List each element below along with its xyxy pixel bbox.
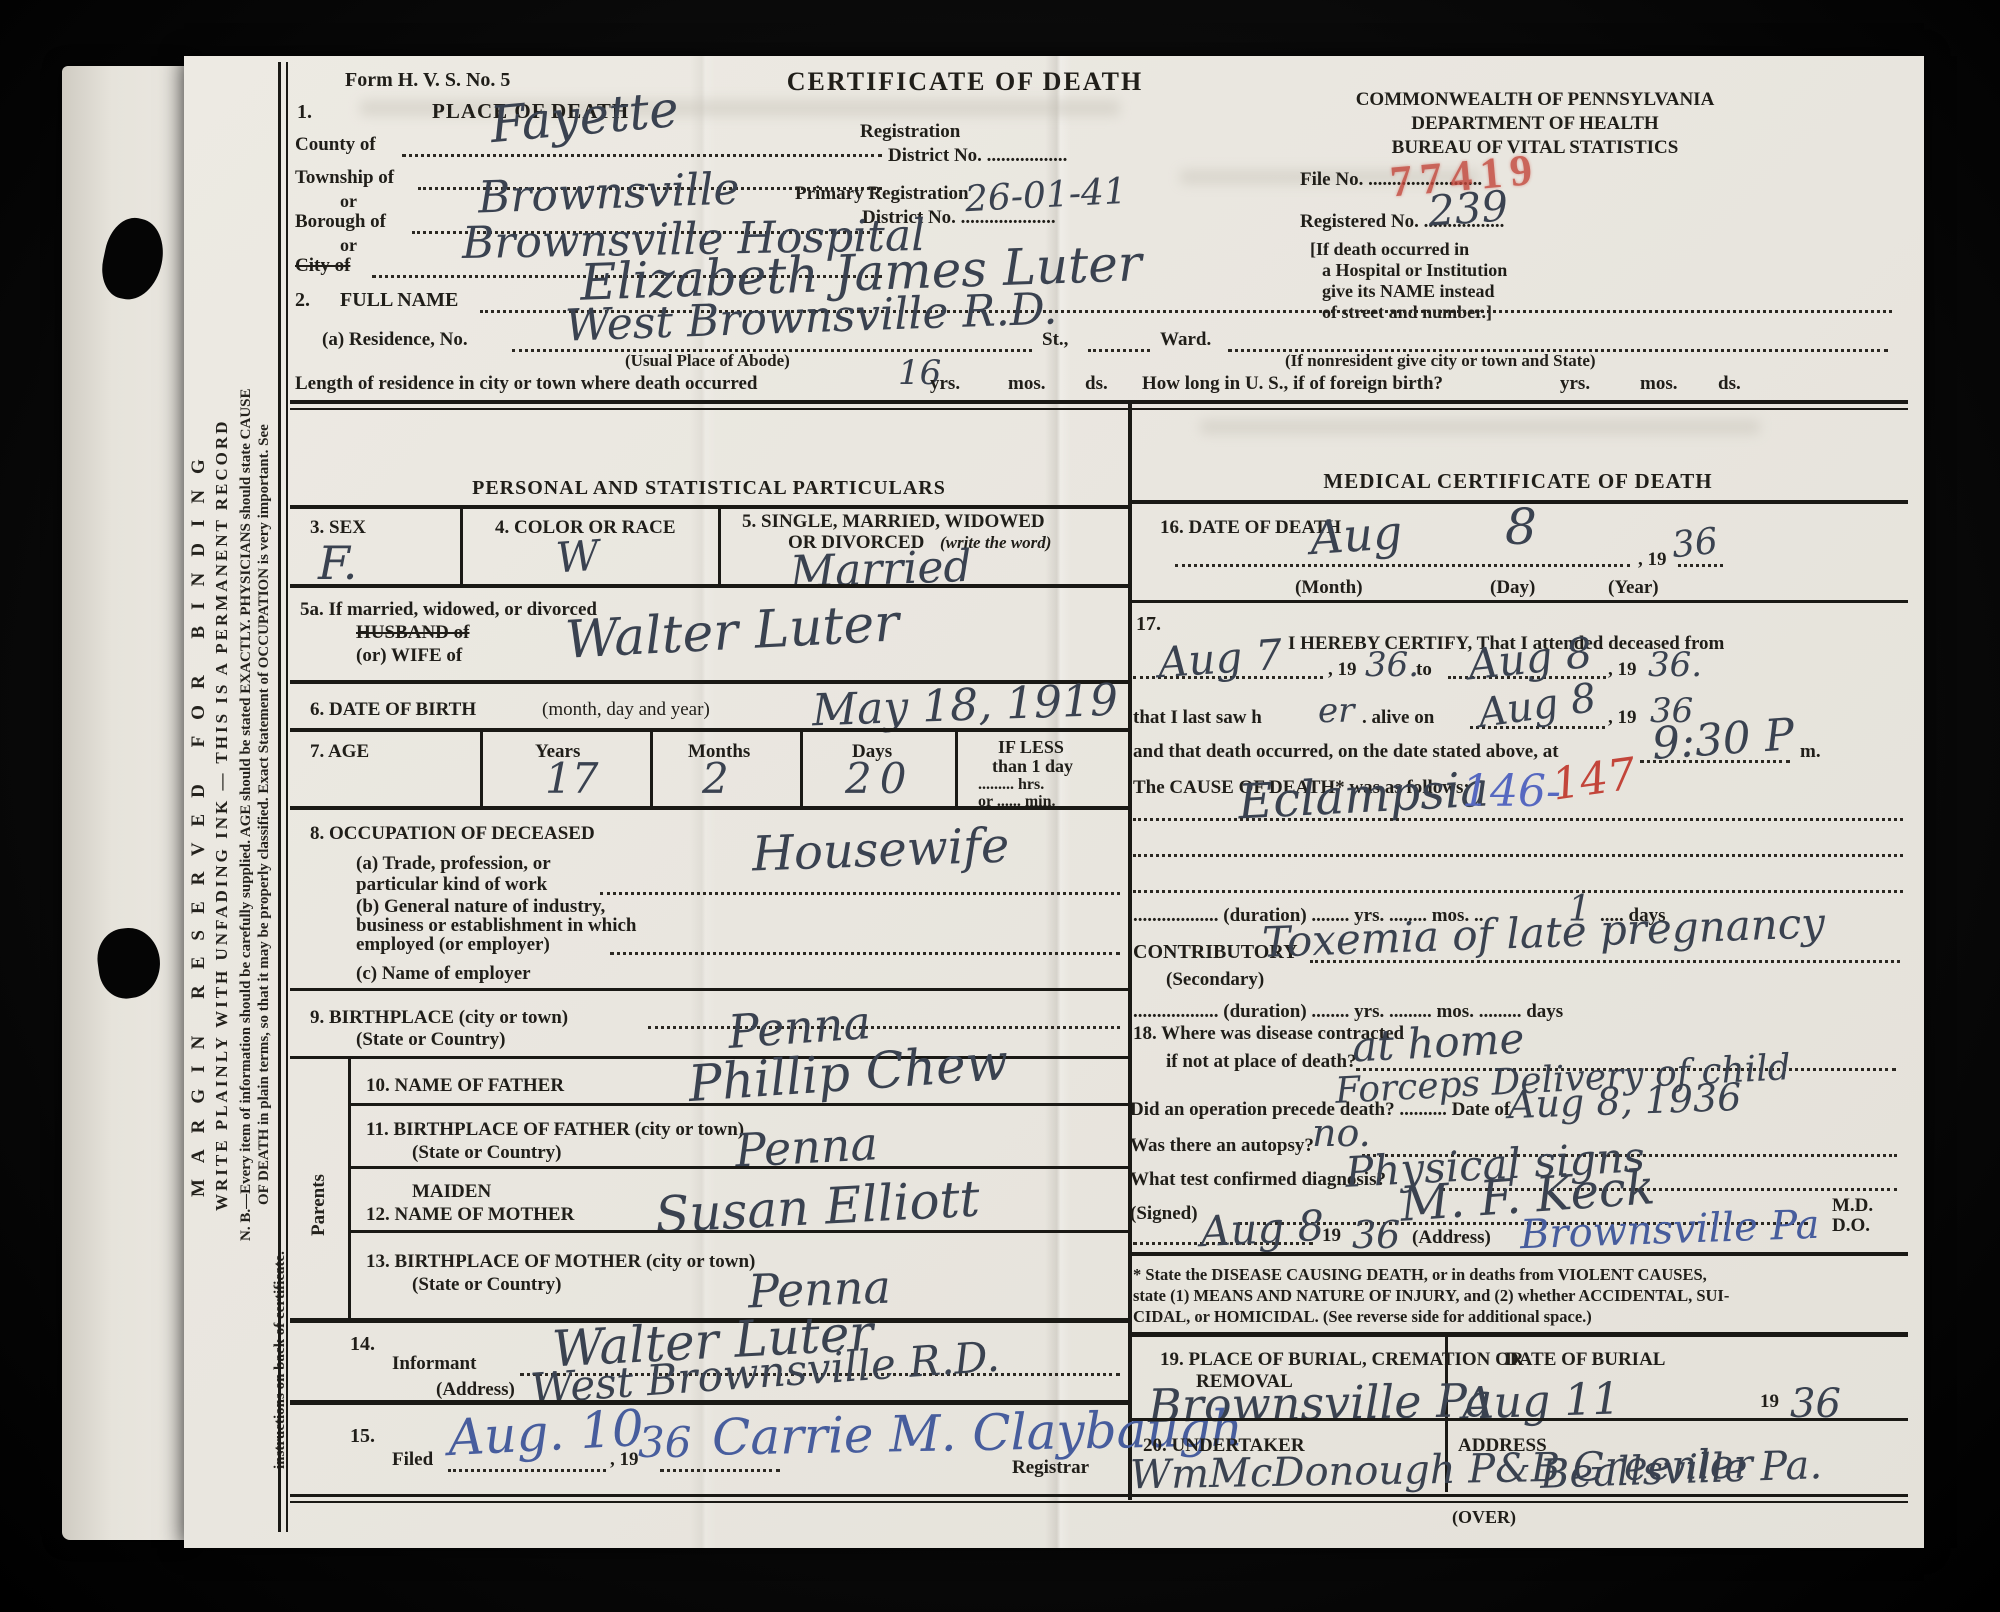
- footnote-line3: CIDAL, or HOMICIDAL. (See reverse side f…: [1133, 1308, 1592, 1325]
- wife-of-label: (or) WIFE of: [356, 646, 462, 666]
- father-name-label: 10. NAME OF FATHER: [366, 1076, 564, 1096]
- autopsy-label: Was there an autopsy?: [1130, 1136, 1314, 1156]
- bottom-rule: [290, 1494, 1908, 1497]
- dod-year-value: 36: [1670, 524, 1719, 565]
- to-label: to: [1416, 660, 1432, 680]
- agency-line1: COMMONWEALTH OF PENNSYLVANIA: [1180, 90, 1890, 110]
- occupation-b-line2: business or establishment in which: [356, 916, 637, 936]
- c19b-label: , 19: [1608, 660, 1637, 680]
- marital-label-line1: 5. SINGLE, MARRIED, WIDOWED: [742, 512, 1045, 532]
- hospital-note-line2: a Hospital or Institution: [1322, 261, 1507, 280]
- cause-leader2: [1133, 852, 1903, 857]
- borough-label: Borough of: [295, 212, 386, 232]
- registrar-label: Registrar: [1012, 1458, 1089, 1478]
- page-title: CERTIFICATE OF DEATH: [760, 68, 1170, 95]
- undertaker-address-label: ADDRESS: [1458, 1436, 1547, 1456]
- contracted-value: at home: [1351, 1018, 1525, 1069]
- md-label: M.D.: [1832, 1196, 1873, 1216]
- yrs-label: yrs.: [1560, 374, 1590, 394]
- form-number: Form H. V. S. No. 5: [345, 70, 510, 91]
- death-m-label: m.: [1800, 742, 1821, 762]
- registered-no-value: 239: [1427, 185, 1510, 232]
- ds-label: ds.: [1085, 374, 1108, 394]
- dod-19-label: , 19: [1638, 550, 1667, 570]
- occupation-label: 8. OCCUPATION OF DECEASED: [310, 824, 595, 844]
- occupation-b-line3: employed (or employer): [356, 935, 550, 955]
- hrs-label: ......... hrs.: [978, 777, 1044, 794]
- to-year-value: 36.: [1648, 648, 1702, 682]
- maiden-label: MAIDEN: [412, 1182, 491, 1202]
- dod-day-value: 8: [1505, 502, 1537, 552]
- from-year-value: 36.: [1365, 648, 1419, 682]
- c19c-label: , 19: [1608, 708, 1637, 728]
- dob-value: May 18, 1919: [811, 679, 1118, 734]
- form-left-border: [286, 62, 288, 1532]
- section17-number: 17.: [1136, 614, 1161, 635]
- date-of-death-leader: [1175, 562, 1630, 567]
- sex-value: F.: [318, 540, 357, 586]
- month-note: (Month): [1295, 578, 1363, 598]
- ward-label: Ward.: [1160, 330, 1211, 350]
- do-label: D.O.: [1832, 1216, 1870, 1236]
- parents-bracket-line: [348, 1056, 351, 1320]
- physician-address-value: Brownsville Pa: [1519, 1205, 1820, 1255]
- township-label: Township of: [295, 168, 394, 188]
- full-name-label: FULL NAME: [340, 290, 458, 311]
- if-less-label-line1: IF LESS: [998, 738, 1064, 757]
- section1-number: 1.: [297, 102, 312, 123]
- informant-address-label: (Address): [436, 1380, 515, 1400]
- rule: [1128, 1418, 1908, 1421]
- street-label: St.,: [1042, 330, 1068, 350]
- occupation-c-label: (c) Name of employer: [356, 964, 531, 984]
- cell-divider: [800, 728, 803, 808]
- father-birthplace-note: (State or Country): [412, 1143, 562, 1163]
- length-of-residence-label: Length of residence in city or town wher…: [295, 374, 757, 394]
- age-days-value: 20: [845, 758, 914, 800]
- street-leader: [1088, 347, 1150, 352]
- husband-label-line1: 5a. If married, widowed, or divorced: [300, 600, 597, 620]
- death-time-value: 9:30 P: [1651, 713, 1796, 767]
- c19a-label: , 19: [1328, 660, 1357, 680]
- agency-line2: DEPARTMENT OF HEALTH: [1180, 114, 1890, 134]
- cell-divider: [718, 505, 721, 587]
- rule: [351, 1230, 1128, 1233]
- signed-19-label: 19: [1322, 1226, 1341, 1246]
- margin-permanent-record-text: WRITE PLAINLY WITH UNFADING INK — THIS I…: [212, 110, 232, 1520]
- secondary-label: (Secondary): [1166, 970, 1264, 990]
- death-certificate-photo: MARGIN RESERVED FOR BINDING WRITE PLAINL…: [0, 0, 2000, 1612]
- residence-label: (a) Residence, No.: [322, 330, 468, 350]
- burial-place-value: Brownsville Pa: [1148, 1377, 1493, 1429]
- occupation-a-line2: particular kind of work: [356, 875, 547, 895]
- operation-date-value: Aug 8, 1936: [1507, 1078, 1742, 1124]
- parents-label: Parents: [308, 1110, 330, 1300]
- rule: [351, 1166, 1128, 1169]
- county-value: Fayette: [488, 84, 680, 150]
- age-label: 7. AGE: [310, 742, 369, 762]
- or-label: or: [340, 192, 357, 211]
- last-saw-label2: . alive on: [1362, 708, 1434, 728]
- rule: [1128, 600, 1908, 603]
- year-note: (Year): [1608, 578, 1659, 598]
- abode-note: (Usual Place of Abode): [625, 352, 790, 370]
- county-label: County of: [295, 135, 376, 155]
- last-saw-er-value: er: [1318, 694, 1354, 728]
- over-label: (OVER): [1452, 1508, 1516, 1527]
- dob-label: 6. DATE OF BIRTH: [310, 700, 476, 720]
- day-note: (Day): [1490, 578, 1535, 598]
- rule-heavy: [1128, 1332, 1908, 1337]
- cell-divider: [480, 728, 483, 808]
- signed-year-value: 36: [1352, 1216, 1400, 1254]
- rule: [290, 584, 1128, 588]
- filed-label: Filed: [392, 1450, 433, 1470]
- cell-divider: [460, 505, 463, 587]
- cause-code-red: 147: [1549, 752, 1638, 807]
- disease-contracted-label2: if not at place of death?: [1166, 1052, 1357, 1072]
- nonresident-note: (If nonresident give city or town and St…: [1285, 352, 1596, 370]
- filed-year-leader: [660, 1467, 780, 1472]
- occupation-a-line1: (a) Trade, profession, or: [356, 854, 551, 874]
- bottom-rule: [290, 1501, 1908, 1503]
- header-separator-rule: [290, 400, 1908, 404]
- cell-divider: [650, 728, 653, 808]
- filed-year-value: 36: [638, 1422, 691, 1464]
- burial-date-label: DATE OF BURIAL: [1505, 1350, 1665, 1370]
- margin-binding-text: MARGIN RESERVED FOR BINDING: [188, 120, 210, 1520]
- mos-label: mos.: [1640, 374, 1677, 394]
- section14-number: 14.: [350, 1334, 375, 1355]
- primary-district-value: 26-01-41: [964, 174, 1127, 218]
- how-long-us-label: How long in U. S., if of foreign birth?: [1142, 374, 1443, 394]
- dod-month-value: Aug: [1309, 509, 1404, 561]
- address-label: (Address): [1412, 1228, 1491, 1248]
- undertaker-address-value: Beallsville Pa.: [1539, 1445, 1822, 1495]
- rule-heavy: [1128, 1252, 1908, 1256]
- attended-from-value: Aug 7: [1157, 634, 1284, 685]
- informant-label: Informant: [392, 1354, 476, 1374]
- mos-label: mos.: [1008, 374, 1045, 394]
- occupation-b-leader: [610, 950, 1120, 955]
- personal-particulars-title: PERSONAL AND STATISTICAL PARTICULARS: [290, 478, 1128, 499]
- header-separator-rule: [290, 408, 1908, 410]
- section15-number: 15.: [350, 1426, 375, 1447]
- age-months-value: 2: [702, 758, 729, 800]
- ink-bleedthrough: [1200, 420, 1760, 434]
- ds-label: ds.: [1718, 374, 1741, 394]
- father-birthplace-label: 11. BIRTHPLACE OF FATHER (city or town): [366, 1120, 744, 1140]
- occupation-b-line1: (b) General nature of industry,: [356, 897, 605, 917]
- medical-certificate-title: MEDICAL CERTIFICATE OF DEATH: [1128, 470, 1908, 492]
- margin-nb-line2: OF DEATH in plain terms, so that it may …: [256, 100, 273, 1530]
- last-saw-label1: that I last saw h: [1133, 708, 1262, 728]
- burial-place-label1: 19. PLACE OF BURIAL, CREMATION OR: [1160, 1350, 1524, 1370]
- birthplace-note: (State or Country): [356, 1030, 506, 1050]
- occupation-value: Housewife: [751, 822, 1010, 879]
- hospital-note-line3: give its NAME instead: [1322, 282, 1495, 301]
- cause-leader3: [1133, 888, 1903, 893]
- form-left-border: [278, 62, 281, 1532]
- registration-district-no: District No. .................: [888, 146, 1067, 166]
- signed-date-value: Aug 8: [1199, 1205, 1325, 1253]
- signed-label: (Signed): [1130, 1204, 1198, 1224]
- margin-nb-line1: N. B.—Every item of information should b…: [238, 100, 255, 1530]
- footnote-line1: * State the DISEASE CAUSING DEATH, or in…: [1133, 1266, 1707, 1283]
- rule: [290, 505, 1128, 509]
- death-occurred-label: and that death occurred, on the date sta…: [1133, 742, 1559, 762]
- birthplace-label: 9. BIRTHPLACE (city or town): [310, 1008, 568, 1028]
- rule: [290, 988, 1128, 991]
- race-value: W: [555, 535, 601, 580]
- cell-divider: [955, 728, 958, 808]
- rule: [290, 728, 1128, 732]
- sex-label: 3. SEX: [310, 518, 366, 538]
- yrs-label: yrs.: [930, 374, 960, 394]
- hospital-note-line1: [If death occurred in: [1310, 240, 1469, 259]
- cause-leader1: [1133, 816, 1903, 821]
- dob-note: (month, day and year): [542, 700, 710, 720]
- occupation-a-leader: [600, 890, 1120, 895]
- registration-label: Registration: [860, 122, 960, 142]
- husband-of-label: HUSBAND of: [356, 623, 469, 643]
- mother-name-label: 12. NAME OF MOTHER: [366, 1205, 574, 1225]
- city-label: City of: [295, 256, 350, 276]
- age-years-value: 17: [545, 758, 598, 800]
- borough-value: Brownsville: [477, 167, 740, 220]
- or-label: or: [340, 236, 357, 255]
- mother-birthplace-label: 13. BIRTHPLACE OF MOTHER (city or town): [366, 1252, 755, 1272]
- if-less-label-line2: than 1 day: [992, 757, 1073, 776]
- birthplace-leader: [648, 1024, 1120, 1029]
- rule: [351, 1103, 1128, 1106]
- mother-birthplace-note: (State or Country): [412, 1275, 562, 1295]
- county-leader: [402, 152, 882, 157]
- cause-code-blue: 146-: [1462, 770, 1561, 814]
- filed-date-value: Aug. 10: [447, 1403, 645, 1463]
- rule: [290, 806, 1128, 810]
- filed-leader: [448, 1467, 606, 1472]
- section2-number: 2.: [295, 290, 310, 311]
- footnote-line2: state (1) MEANS AND NATURE OF INJURY, an…: [1133, 1287, 1729, 1304]
- burial-19-label: 19: [1760, 1392, 1779, 1412]
